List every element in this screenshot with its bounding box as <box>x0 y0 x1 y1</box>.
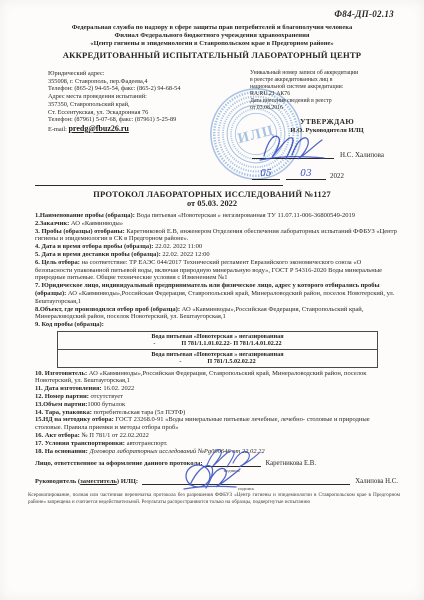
item-18: 18. На основании: Договора лабораторных … <box>35 448 398 456</box>
item-17: 17. Условия транспортировки: автотранспо… <box>35 440 398 448</box>
accreditation-line: в реестре аккредитованных лиц в <box>250 77 408 84</box>
item-10: 10. Изготовитель: АО «Кавминводы»,Россий… <box>35 370 398 386</box>
protocol-body: 1.Наименование пробы (образца): Вода пит… <box>35 212 398 485</box>
address-line: 355008, г. Ставрополь, пер.Фадеева,4 <box>48 78 248 86</box>
protocol-title-line1: ПРОТОКОЛ ЛАБОРАТОРНЫХ ИССЛЕДОВАНИЙ №1127 <box>0 189 424 199</box>
item-2: 2.Заказчик: АО «Кавминводы» <box>35 220 398 228</box>
item-12: 12. Номер партии: отсутствует <box>35 393 398 401</box>
header-divider <box>35 185 283 186</box>
approver-name: Н.С. Халипова <box>340 151 384 159</box>
header-lab-center: АККРЕДИТОВАННЫЙ ИСПЫТАТЕЛЬНЫЙ ЛАБОРАТОРН… <box>10 50 414 60</box>
responsible-name: Каретникова Е.В. <box>266 460 316 468</box>
head-signature-line: подпись <box>142 476 350 485</box>
header-branch: Филиал Федерального бюджетного учреждени… <box>10 32 414 40</box>
head-name: Халипова Н.С. <box>355 478 398 486</box>
document-header: Федеральная служба по надзору в сфере за… <box>10 24 414 60</box>
sample-code-row: Вода питьевая «Новотерская » негазирован… <box>58 332 377 349</box>
item-6: 6. Цель отбора: на соответствие: ТР ЕАЭС… <box>35 259 398 282</box>
item-9: 9. Код пробы (образца): <box>35 321 398 329</box>
item-16: 16. Акт отбора: № П 781/1 от 22.02.2022 <box>35 432 398 440</box>
item-8: 8.Объект, где производился отбор проб (о… <box>35 306 398 322</box>
footer-disclaimer: Ксерокопирование, полная или частичная п… <box>28 492 400 505</box>
item-3: 3. Пробы (образцы) отобраны: Каретниково… <box>35 228 398 244</box>
head-signature-row: Руководитель (заместитель) ИЛЦ: подпись … <box>35 476 398 485</box>
protocol-title: ПРОТОКОЛ ЛАБОРАТОРНЫХ ИССЛЕДОВАНИЙ №1127… <box>0 189 424 209</box>
item-7: 7. Юридическое лицо, индивидуальный пред… <box>35 282 398 305</box>
responsible-signature-line: подпись <box>203 458 261 467</box>
protocol-document-page: Ф84-ДП-02.13 Федеральная служба по надзо… <box>0 0 424 600</box>
item-11: 11. Дата изготовления: 16.02. 2022 <box>35 385 398 393</box>
email-label: E-mail: <box>48 126 67 133</box>
item-15: 15.НД на методику отбора: ГОСТ 23268.0-9… <box>35 416 398 432</box>
protocol-title-line2: от 05.03. 2022 <box>0 199 424 209</box>
email-link[interactable]: predg@fbuz26.ru <box>68 124 128 133</box>
header-agency: Федеральная служба по надзору в сфере за… <box>10 24 414 32</box>
signature-caption: подпись <box>224 467 240 475</box>
head-label: Руководитель (заместитель) ИЛЦ: <box>35 478 138 486</box>
responsible-label: Лицо, ответственное за оформление данног… <box>35 460 203 468</box>
item-13: 13.Объем партии:1000 бутылок <box>35 401 398 409</box>
responsible-signature-row: Лицо, ответственное за оформление данног… <box>35 458 398 467</box>
header-center: «Центр гигиены и эпидемиологии в Ставроп… <box>10 40 414 48</box>
ilc-round-stamp: ИЛЦ <box>208 86 304 182</box>
accreditation-line: Уникальный номер записи об аккредитации <box>250 70 408 77</box>
item-14: 14. Тара, упаковка: потребительская тара… <box>35 409 398 417</box>
sample-code-table: Вода питьевая «Новотерская » негазирован… <box>57 331 378 368</box>
item-4: 4. Дата и время отбора пробы (образца): … <box>35 243 398 251</box>
stamp-text: ИЛЦ <box>236 122 276 147</box>
sample-code-row: Вода питьевая «Новотерская » негазирован… <box>58 349 377 367</box>
address-line: Юридический адрес: <box>48 70 248 78</box>
form-code: Ф84-ДП-02.13 <box>334 9 394 19</box>
approval-date-year: 2022 <box>330 172 344 180</box>
item-1: 1.Наименование пробы (образца): Вода пит… <box>35 212 398 220</box>
item-5: 5. Дата и время доставки пробы (образца)… <box>35 251 398 259</box>
